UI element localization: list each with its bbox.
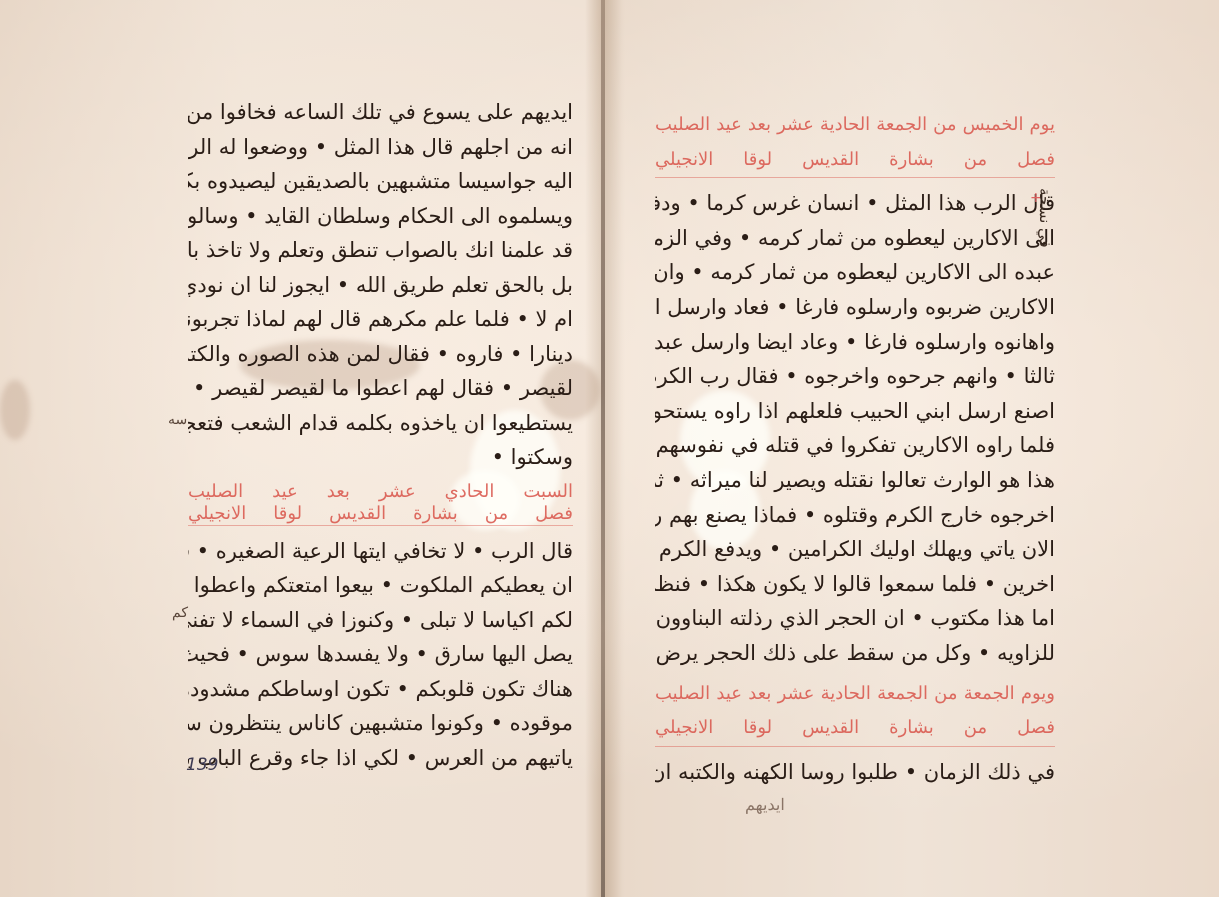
text-line: لكم اكياسا لا تبلى • وكنوزا في السماء لا… (188, 603, 573, 638)
text-line: ويسلموه الى الحكام وسلطان القايد • وسالو… (188, 199, 573, 234)
rubric-heading: السبت الحادي عشر بعد عيد الصليب فصل من ب… (188, 481, 573, 526)
rubric-line: فصل من بشارة القديس لوقا الانجيلي (655, 711, 1055, 747)
text-line: ياتيهم من العرس • لكي اذا جاء وقرع الباب… (188, 741, 573, 776)
folio-number: 139 (186, 755, 218, 775)
text-line: الى الاكارين ليعطوه من ثمار كرمه • وفي ا… (655, 221, 1055, 256)
rubric-line: يوم الخميس من الجمعة الحادية عشر بعد عيد… (655, 108, 1055, 143)
rubric-line: فصل من بشارة القديس لوقا الانجيلي (188, 503, 573, 526)
text-line: وسكتوا • (188, 440, 573, 475)
text-line: يستطيعوا ان ياخذوه بكلمه قدام الشعب فتعج… (188, 406, 573, 441)
text-line: للزاويه • وكل من سقط على ذلك الحجر يرض •… (655, 636, 1055, 671)
margin-mark: كم (172, 605, 188, 621)
text-line: اصنع ارسل ابني الحبيب فلعلهم اذا راوه يس… (655, 394, 1055, 429)
rubric-heading: ويوم الجمعة من الجمعة الحادية عشر بعد عي… (655, 677, 1055, 747)
text-line: الان ياتي ويهلك اوليك الكرامين • ويدفع ا… (655, 532, 1055, 567)
text-line: قد علمنا انك بالصواب تنطق وتعلم ولا تاخذ… (188, 233, 573, 268)
text-line: اليه جواسيسا متشبهين بالصديقين ليصيدوه ب… (188, 164, 573, 199)
rubric-line: ويوم الجمعة من الجمعة الحادية عشر بعد عي… (655, 677, 1055, 712)
left-page: ايديهم على يسوع في تلك الساعه فخافوا من … (188, 95, 573, 775)
water-stain (0, 380, 30, 440)
margin-mark: سه (168, 412, 187, 428)
text-line: ان يعطيكم الملكوت • بيعوا امتعتكم واعطوا… (188, 568, 573, 603)
text-line: ام لا • فلما علم مكرهم قال لهم لماذا تجر… (188, 302, 573, 337)
text-line: دينارا • فاروه • فقال لمن هذه الصوره وال… (188, 337, 573, 372)
text-line: ايديهم على يسوع في تلك الساعه فخافوا من … (188, 95, 573, 130)
text-line: لقيصر • فقال لهم اعطوا ما لقيصر لقيصر • … (188, 371, 573, 406)
rubric-line: فصل من بشارة القديس لوقا الانجيلي (655, 143, 1055, 179)
rubric-heading: يوم الخميس من الجمعة الحادية عشر بعد عيد… (655, 108, 1055, 178)
text-line: انه من اجلهم قال هذا المثل • ووضعوا له ا… (188, 130, 573, 165)
text-line: ثالثا • وانهم جرحوه واخرجوه • فقال رب ال… (655, 359, 1055, 394)
text-line: اخرين • فلما سمعوا قالوا لا يكون هكذا • … (655, 567, 1055, 602)
text-line: في ذلك الزمان • طلبوا روسا الكهنه والكتب… (655, 755, 1055, 790)
binding-gutter (601, 0, 605, 897)
text-line: الاكارين ضربوه وارسلوه فارغا • فعاد وارس… (655, 290, 1055, 325)
text-line: قال الرب • لا تخافي ايتها الرعية الصغيره… (188, 534, 573, 569)
catchword: ايديهم (745, 795, 785, 814)
text-line: يصل اليها سارق • ولا يفسدها سوس • فحيث ت… (188, 637, 573, 672)
text-line: هذا هو الوارث تعالوا نقتله ويصير لنا مير… (655, 463, 1055, 498)
right-page: يوم الخميس من الجمعة الحادية عشر بعد عيد… (655, 108, 1055, 789)
margin-note: في نسخة (1030, 188, 1054, 308)
text-line: بل بالحق تعلم طريق الله • ايجوز لنا ان ن… (188, 268, 573, 303)
text-line: اخرجوه خارج الكرم وقتلوه • فماذا يصنع به… (655, 498, 1055, 533)
text-line: قال الرب هذا المثل • انسان غرس كرما • ود… (655, 186, 1055, 221)
text-line: فلما راوه الاكارين تفكروا في قتله في نفو… (655, 428, 1055, 463)
gutter-shadow (585, 0, 625, 897)
text-line: موقوده • وكونوا متشبهين كاناس ينتظرون سي… (188, 706, 573, 741)
rubric-line: السبت الحادي عشر بعد عيد الصليب (188, 481, 573, 503)
text-line: عبده الى الاكارين ليعطوه من ثمار كرمه • … (655, 255, 1055, 290)
text-line: واهانوه وارسلوه فارغا • وعاد ايضا وارسل … (655, 325, 1055, 360)
text-line: هناك تكون قلوبكم • تكون اوساطكم مشدوده •… (188, 672, 573, 707)
text-line: اما هذا مكتوب • ان الحجر الذي رذلته البن… (655, 601, 1055, 636)
